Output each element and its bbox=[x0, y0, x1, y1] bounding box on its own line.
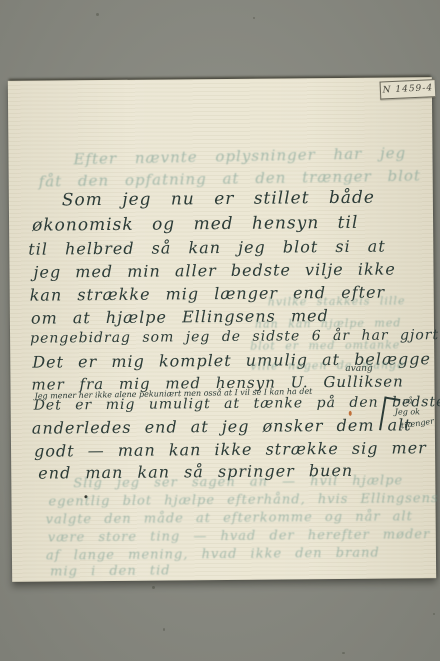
letter-line: økonomisk og med hensyn til bbox=[32, 213, 358, 236]
letter-line: Det er mig umuligt at tænke på den bedst… bbox=[34, 394, 440, 414]
ghost-fragment: blot er med omtanke bbox=[250, 338, 400, 352]
letter-line: Som jeg nu er stillet både bbox=[62, 188, 375, 211]
margin-note-line: Jeg ok bbox=[395, 407, 420, 416]
ghost-fragment: hvilke stakkels lille bbox=[268, 294, 406, 308]
ghost-line: være store ting — hvad der herefter møde… bbox=[48, 527, 431, 545]
ghost-line: Slig jeg ser sagen an — hvil hjælpe bbox=[73, 473, 403, 491]
dust-speck bbox=[433, 613, 435, 615]
dust-speck bbox=[96, 13, 99, 16]
archive-photo: { "archive_label": { "text": "N 1459-4" … bbox=[0, 0, 440, 661]
dust-speck bbox=[342, 652, 345, 654]
archive-label-text: N 1459-4 bbox=[382, 83, 433, 95]
dust-speck bbox=[152, 586, 155, 589]
margin-note-line: på bbox=[403, 396, 413, 405]
letter-page: N 1459-4 Efter nævnte oplysninger har je… bbox=[8, 77, 436, 582]
ghost-line: Efter nævnte oplysninger har jeg bbox=[73, 144, 406, 168]
letter-line: jeg med min aller bedste vilje ikke bbox=[33, 259, 395, 281]
ghost-line: mig i den tid bbox=[50, 563, 171, 579]
dust-speck bbox=[163, 628, 165, 631]
letter-line: anderledes end at jeg ønsker dem alt bbox=[32, 415, 412, 437]
dust-speck bbox=[253, 17, 255, 19]
archive-label: N 1459-4 bbox=[380, 79, 436, 99]
letter-line: til helbred så kan jeg blot si at bbox=[28, 237, 386, 259]
letter-line: godt — man kan ikke strække sig mer bbox=[34, 438, 427, 460]
ghost-line: af lange mening, hvad ikke den brand bbox=[46, 546, 380, 564]
ghost-line: valgte den måde at efterkomme og når alt bbox=[46, 509, 413, 527]
ghost-fragment: ville nogen de mange bbox=[250, 358, 404, 372]
ghost-line: egentlig blot hjælpe efterhånd, hvis Ell… bbox=[48, 491, 438, 509]
ghost-fragment: han kan hjælpe med bbox=[255, 316, 402, 330]
ink-fleck bbox=[349, 411, 352, 416]
